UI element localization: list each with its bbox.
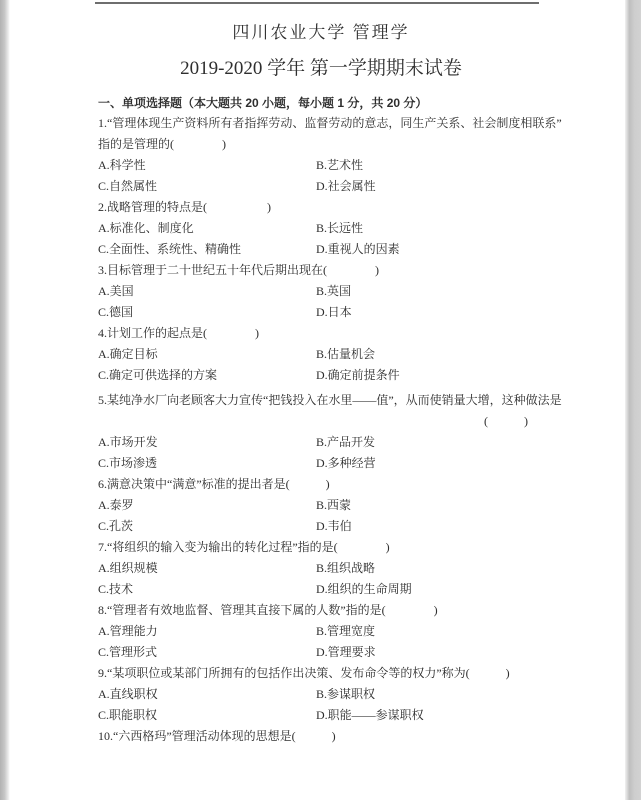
question-10: 10.“六西格玛”管理活动体现的思想是( ) [98, 726, 544, 747]
question-2-stem: 2.战略管理的特点是( ) [98, 197, 544, 218]
question-6-option-d: D.韦伯 [316, 516, 544, 537]
question-5-option-d: D.多种经营 [316, 453, 544, 474]
question-2-options: A.标准化、制度化 B.长远性 C.全面性、系统性、精确性 D.重视人的因素 [98, 218, 544, 260]
question-9-option-a: A.直线职权 [98, 684, 316, 705]
paper-title: 四川农业大学 管理学 [98, 22, 544, 44]
question-9-stem: 9.“某项职位或某部门所拥有的包括作出决策、发布命令等的权力”称为( ) [98, 663, 544, 684]
question-6-option-b: B.西蒙 [316, 495, 544, 516]
question-9-option-d: D.职能——参谋职权 [316, 705, 544, 726]
question-5: 5.某纯净水厂向老顾客大力宣传“把钱投入在水里——值”，从而使销量大增，这种做法… [98, 390, 544, 474]
scan-top-rule-line [95, 2, 539, 4]
question-5-option-c: C.市场渗透 [98, 453, 316, 474]
question-6-option-a: A.泰罗 [98, 495, 316, 516]
question-5-option-b: B.产品开发 [316, 432, 544, 453]
question-6-stem: 6.满意决策中“满意”标准的提出者是( ) [98, 474, 544, 495]
question-3-option-a: A.美国 [98, 281, 316, 302]
question-7-option-d: D.组织的生命周期 [316, 579, 544, 600]
question-9-option-c: C.职能职权 [98, 705, 316, 726]
question-8-option-a: A.管理能力 [98, 621, 316, 642]
question-1-option-c: C.自然属性 [98, 176, 316, 197]
question-4-option-b: B.估量机会 [316, 344, 544, 365]
question-5-answer-blank: ( ) [98, 411, 544, 432]
question-3: 3.目标管理于二十世纪五十年代后期出现在( ) A.美国 B.英国 C.德国 D… [98, 260, 544, 323]
paper-subtitle: 2019-2020 学年 第一学期期末试卷 [98, 57, 544, 81]
question-4-stem: 4.计划工作的起点是( ) [98, 323, 544, 344]
question-4: 4.计划工作的起点是( ) A.确定目标 B.估量机会 C.确定可供选择的方案 … [98, 323, 544, 386]
question-7: 7.“将组织的输入变为输出的转化过程”指的是( ) A.组织规模 B.组织战略 … [98, 537, 544, 600]
question-4-option-d: D.确定前提条件 [316, 365, 544, 386]
exam-paper: 四川农业大学 管理学 2019-2020 学年 第一学期期末试卷 一、单项选择题… [98, 22, 544, 747]
question-9-options: A.直线职权 B.参谋职权 C.职能职权 D.职能——参谋职权 [98, 684, 544, 726]
question-3-option-d: D.日本 [316, 302, 544, 323]
question-3-option-c: C.德国 [98, 302, 316, 323]
question-1-option-d: D.社会属性 [316, 176, 544, 197]
question-6-options: A.泰罗 B.西蒙 C.孔茨 D.韦伯 [98, 495, 544, 537]
question-1-option-b: B.艺术性 [316, 155, 544, 176]
question-1-option-a: A.科学性 [98, 155, 316, 176]
question-4-option-c: C.确定可供选择的方案 [98, 365, 316, 386]
scan-right-edge-shadow [625, 0, 641, 800]
question-3-stem: 3.目标管理于二十世纪五十年代后期出现在( ) [98, 260, 544, 281]
question-4-option-a: A.确定目标 [98, 344, 316, 365]
question-2-option-b: B.长远性 [316, 218, 544, 239]
question-8-option-c: C.管理形式 [98, 642, 316, 663]
question-5-options: A.市场开发 B.产品开发 C.市场渗透 D.多种经营 [98, 432, 544, 474]
question-2-option-c: C.全面性、系统性、精确性 [98, 239, 316, 260]
section-header: 一、单项选择题（本大题共 20 小题，每小题 1 分，共 20 分） [98, 93, 544, 113]
question-7-option-c: C.技术 [98, 579, 316, 600]
question-6: 6.满意决策中“满意”标准的提出者是( ) A.泰罗 B.西蒙 C.孔茨 D.韦… [98, 474, 544, 537]
question-7-option-a: A.组织规模 [98, 558, 316, 579]
question-1-stem-line-2: 指的是管理的( ) [98, 134, 544, 155]
question-2-option-a: A.标准化、制度化 [98, 218, 316, 239]
scan-left-edge-shadow [0, 0, 10, 800]
question-3-option-b: B.英国 [316, 281, 544, 302]
question-5-stem-line-1: 5.某纯净水厂向老顾客大力宣传“把钱投入在水里——值”，从而使销量大增，这种做法… [98, 390, 544, 411]
question-7-options: A.组织规模 B.组织战略 C.技术 D.组织的生命周期 [98, 558, 544, 600]
question-8-stem: 8.“管理者有效地监督、管理其直接下属的人数”指的是( ) [98, 600, 544, 621]
question-1-options: A.科学性 B.艺术性 C.自然属性 D.社会属性 [98, 155, 544, 197]
question-8-option-d: D.管理要求 [316, 642, 544, 663]
question-5-option-a: A.市场开发 [98, 432, 316, 453]
question-6-option-c: C.孔茨 [98, 516, 316, 537]
question-1: 1.“管理体现生产资料所有者指挥劳动、监督劳动的意志，同生产关系、社会制度相联系… [98, 113, 544, 197]
question-7-option-b: B.组织战略 [316, 558, 544, 579]
question-9-option-b: B.参谋职权 [316, 684, 544, 705]
question-4-options: A.确定目标 B.估量机会 C.确定可供选择的方案 D.确定前提条件 [98, 344, 544, 386]
question-8: 8.“管理者有效地监督、管理其直接下属的人数”指的是( ) A.管理能力 B.管… [98, 600, 544, 663]
question-8-options: A.管理能力 B.管理宽度 C.管理形式 D.管理要求 [98, 621, 544, 663]
question-1-stem-line-1: 1.“管理体现生产资料所有者指挥劳动、监督劳动的意志，同生产关系、社会制度相联系… [98, 113, 544, 134]
question-2: 2.战略管理的特点是( ) A.标准化、制度化 B.长远性 C.全面性、系统性、… [98, 197, 544, 260]
question-9: 9.“某项职位或某部门所拥有的包括作出决策、发布命令等的权力”称为( ) A.直… [98, 663, 544, 726]
question-2-option-d: D.重视人的因素 [316, 239, 544, 260]
question-8-option-b: B.管理宽度 [316, 621, 544, 642]
question-7-stem: 7.“将组织的输入变为输出的转化过程”指的是( ) [98, 537, 544, 558]
question-3-options: A.美国 B.英国 C.德国 D.日本 [98, 281, 544, 323]
question-10-stem: 10.“六西格玛”管理活动体现的思想是( ) [98, 726, 544, 747]
